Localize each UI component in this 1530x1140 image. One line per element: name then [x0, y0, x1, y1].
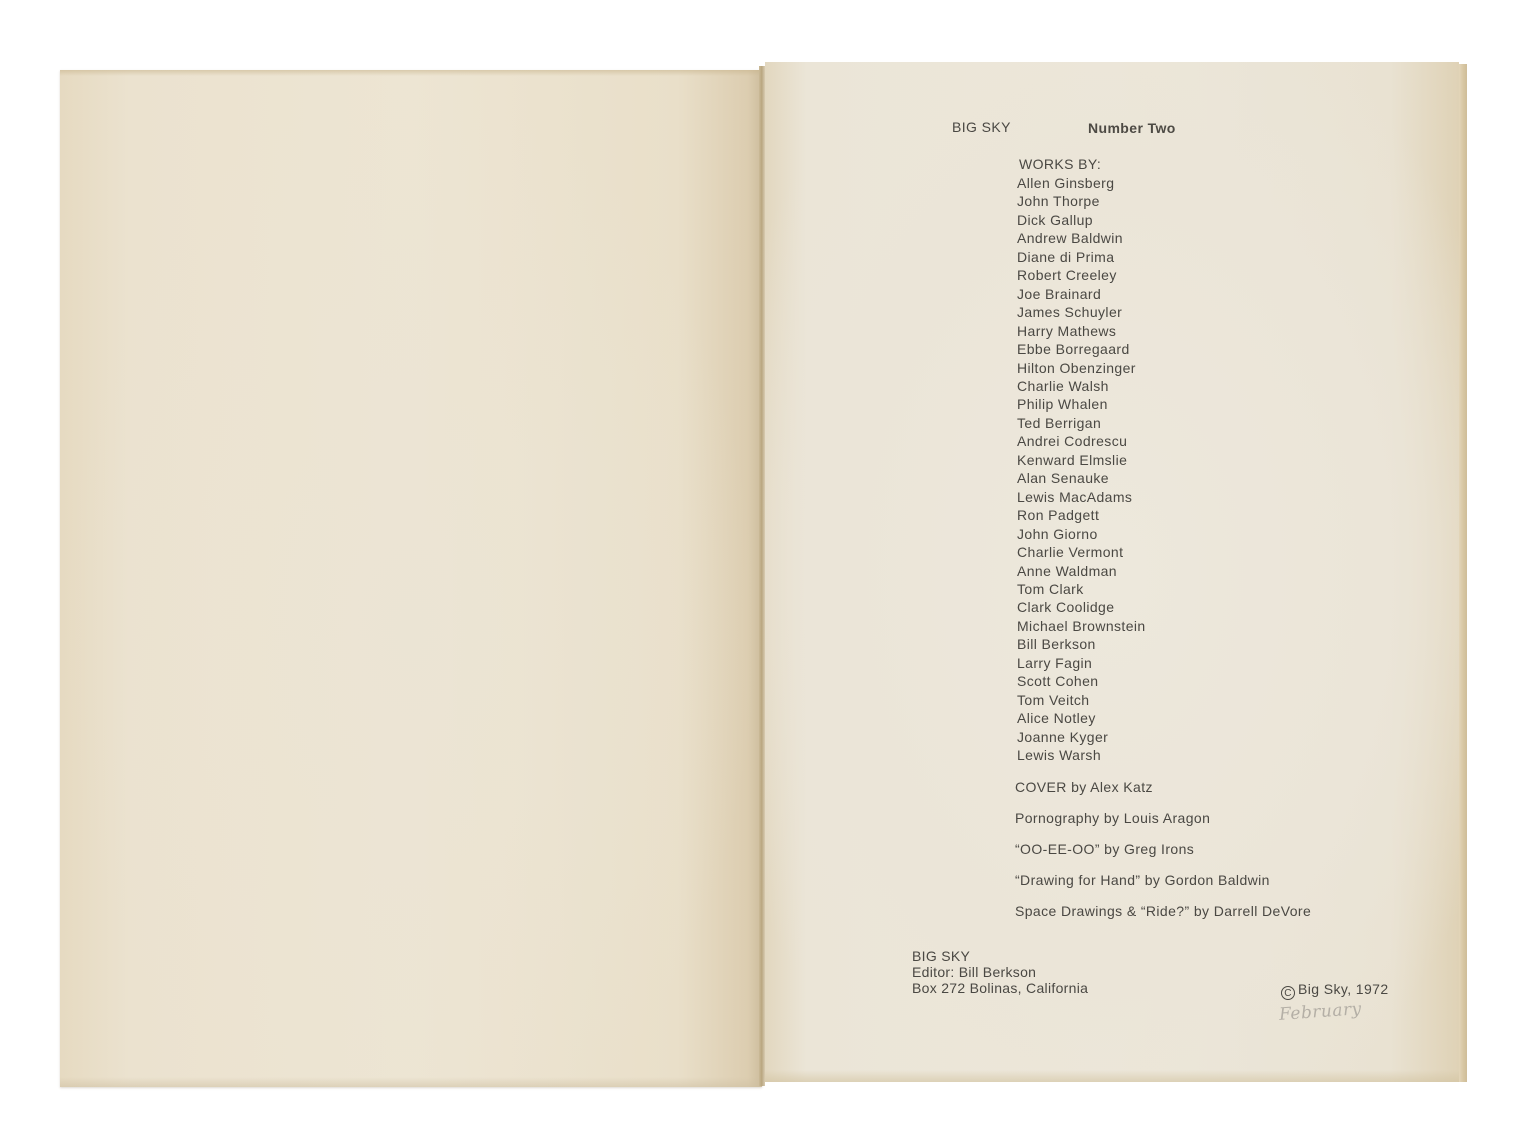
contributor-item: Charlie Walsh [1017, 377, 1146, 395]
contributor-item: Michael Brownstein [1017, 617, 1146, 635]
contributor-item: Larry Fagin [1017, 654, 1146, 672]
contributor-item: Robert Creeley [1017, 266, 1146, 284]
colophon: BIG SKY Editor: Bill Berkson Box 272 Bol… [912, 948, 1088, 996]
contributor-item: Clark Coolidge [1017, 598, 1146, 616]
book-spread: BIG SKY Number Two WORKS BY: Allen Ginsb… [0, 0, 1530, 1140]
contributor-item: Tom Veitch [1017, 691, 1146, 709]
contributor-item: Allen Ginsberg [1017, 174, 1146, 192]
credit-item: Pornography by Louis Aragon [1015, 809, 1311, 840]
contributor-item: Philip Whalen [1017, 395, 1146, 413]
contributor-item: Charlie Vermont [1017, 543, 1146, 561]
contributor-item: Bill Berkson [1017, 635, 1146, 653]
credits-list: COVER by Alex Katz Pornography by Louis … [1015, 778, 1311, 933]
page-fore-edge [1459, 64, 1467, 1082]
contributor-item: Ebbe Borregaard [1017, 340, 1146, 358]
contributor-item: Lewis MacAdams [1017, 488, 1146, 506]
contributor-item: Andrei Codrescu [1017, 432, 1146, 450]
works-by-heading: WORKS BY: [1019, 155, 1101, 173]
contributor-item: Alice Notley [1017, 709, 1146, 727]
contributor-item: Lewis Warsh [1017, 746, 1146, 764]
contributor-item: John Giorno [1017, 525, 1146, 543]
magazine-title: BIG SKY [952, 118, 1011, 136]
left-page-blank [60, 70, 762, 1087]
colophon-editor: Editor: Bill Berkson [912, 964, 1088, 980]
contributor-item: Anne Waldman [1017, 562, 1146, 580]
copyright-text: Big Sky, 1972 [1298, 981, 1389, 997]
credit-item: “OO-EE-OO” by Greg Irons [1015, 840, 1311, 871]
contributor-item: Dick Gallup [1017, 211, 1146, 229]
contributor-item: Alan Senauke [1017, 469, 1146, 487]
contributor-item: Tom Clark [1017, 580, 1146, 598]
contributor-item: Andrew Baldwin [1017, 229, 1146, 247]
contributor-item: Hilton Obenzinger [1017, 359, 1146, 377]
contributor-item: Scott Cohen [1017, 672, 1146, 690]
credit-item: Space Drawings & “Ride?” by Darrell DeVo… [1015, 902, 1311, 933]
credit-cover: COVER by Alex Katz [1015, 778, 1311, 809]
contributor-item: Kenward Elmslie [1017, 451, 1146, 469]
contributor-item: Joe Brainard [1017, 285, 1146, 303]
contributor-item: Joanne Kyger [1017, 728, 1146, 746]
contributor-item: James Schuyler [1017, 303, 1146, 321]
copyright-icon: C [1281, 986, 1295, 1000]
contributor-item: Diane di Prima [1017, 248, 1146, 266]
contributor-item: Harry Mathews [1017, 322, 1146, 340]
contributor-item: Ron Padgett [1017, 506, 1146, 524]
credit-item: “Drawing for Hand” by Gordon Baldwin [1015, 871, 1311, 902]
colophon-title: BIG SKY [912, 948, 1088, 964]
copyright-notice: CBig Sky, 1972 [1281, 980, 1389, 1000]
contributor-item: Ted Berrigan [1017, 414, 1146, 432]
colophon-address: Box 272 Bolinas, California [912, 980, 1088, 996]
issue-number: Number Two [1088, 119, 1176, 137]
contributor-list: Allen Ginsberg John Thorpe Dick Gallup A… [1017, 174, 1146, 765]
contributor-item: John Thorpe [1017, 192, 1146, 210]
